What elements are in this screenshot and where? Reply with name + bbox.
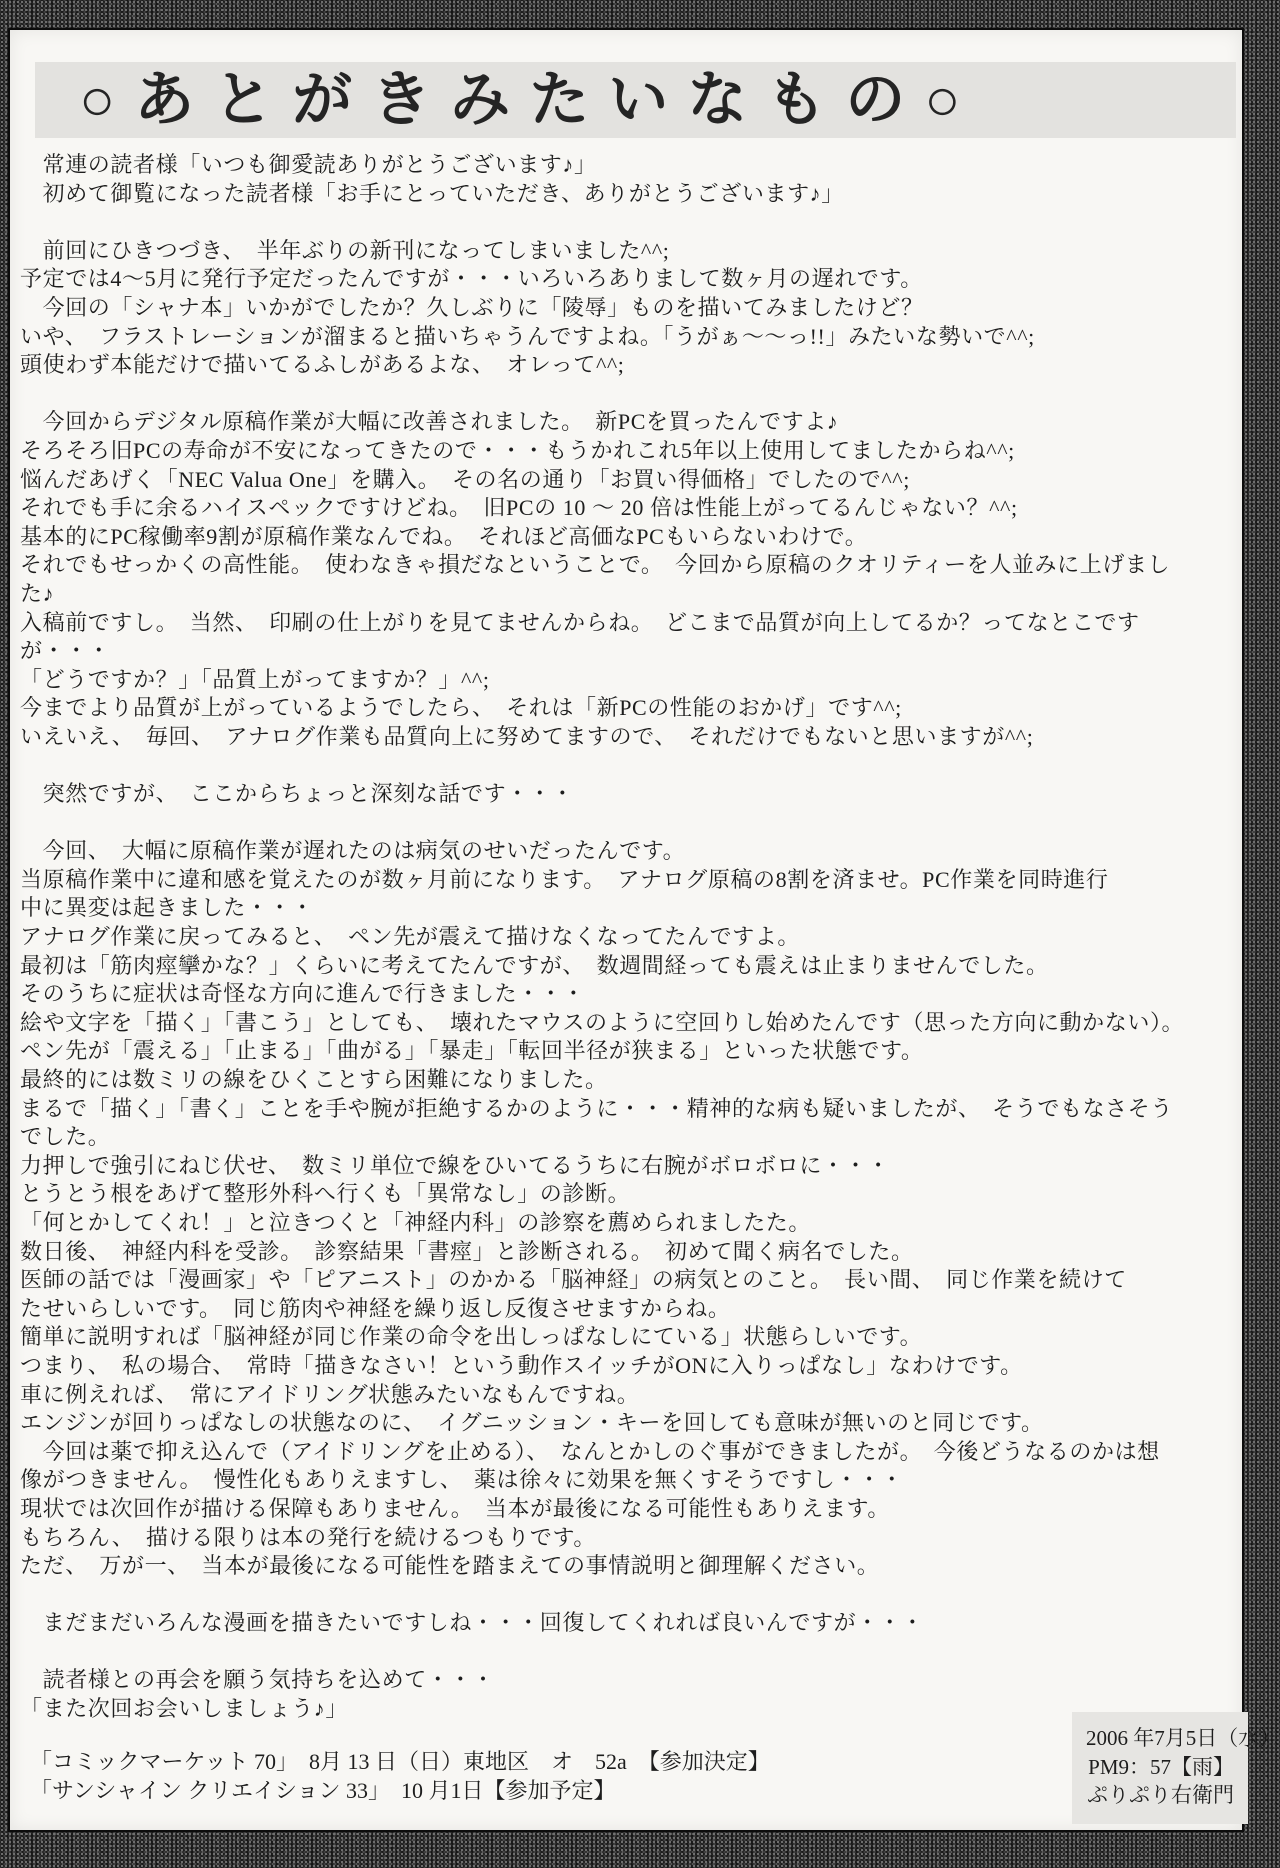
text-line: もちろん、 描ける限りは本の発行を続けるつもりです。 — [20, 1524, 1236, 1553]
text-line: たせいらしいです。 同じ筋肉や神経を繰り返し反復させますからね。 — [20, 1295, 1236, 1324]
text-line: ただ、 万が一、 当本が最後になる可能性を踏まえての事情説明と御理解ください。 — [20, 1552, 1236, 1581]
event-schedule: 「コミックマーケット 70」 8月 13 日（日）東地区 オ 52a 【参加決定… — [30, 1747, 770, 1805]
text-line — [20, 751, 1236, 780]
colophon-box: 2006 年7月5日（水） PM9：57【雨】 ぷりぷり右衛門 — [1072, 1712, 1248, 1824]
page-title: ○あとがきみたいなもの○ — [35, 62, 1236, 138]
event-line: 「サンシャイン クリエイション 33」 10 月1日【参加予定】 — [30, 1776, 770, 1805]
text-line: 今回、 大幅に原稿作業が遅れたのは病気のせいだったんです。 — [20, 837, 1236, 866]
text-line: 「どうですか？」「品質上がってますか？」^^; — [20, 666, 1236, 695]
text-line: 車に例えれば、 常にアイドリング状態みたいなもんですね。 — [20, 1381, 1236, 1410]
text-line: 悩んだあげく「NEC Valua One」を購入。 その名の通り「お買い得価格」… — [20, 466, 1236, 495]
text-line: アナログ作業に戻ってみると、 ペン先が震えて描けなくなってたんですよ。 — [20, 923, 1236, 952]
text-line: でした。 — [20, 1123, 1236, 1152]
text-line: 予定では4～5月に発行予定だったんですが・・・いろいろありまして数ヶ月の遅れです… — [20, 265, 1236, 294]
event-line: 「コミックマーケット 70」 8月 13 日（日）東地区 オ 52a 【参加決定… — [30, 1747, 770, 1776]
text-line: 簡単に説明すれば「脳神経が同じ作業の命令を出しっぱなしにている」状態らしいです。 — [20, 1323, 1236, 1352]
colophon-date: 2006 年7月5日（水） — [1086, 1724, 1234, 1753]
text-line: 像がつきません。 慢性化もありえますし、 薬は徐々に効果を無くすそうですし・・・ — [20, 1466, 1236, 1495]
text-line: 「何とかしてくれ！」と泣きつくと「神経内科」の診察を薦められましたた。 — [20, 1209, 1236, 1238]
text-line: 力押しで強引にねじ伏せ、 数ミリ単位で線をひいてるうちに右腕がボロボロに・・・ — [20, 1152, 1236, 1181]
colophon-author: ぷりぷり右衛門 — [1086, 1781, 1234, 1810]
text-line — [20, 1638, 1236, 1667]
text-line: そろそろ旧PCの寿命が不安になってきたので・・・もうかれこれ5年以上使用してまし… — [20, 437, 1236, 466]
text-line: 「また次回お会いしましょう♪」 — [20, 1695, 1236, 1724]
text-line: 最終的には数ミリの線をひくことすら困難になりました。 — [20, 1066, 1236, 1095]
text-line: た♪ — [20, 580, 1236, 609]
text-line — [20, 380, 1236, 409]
text-line: いや、 フラストレーションが溜まると描いちゃうんですよね。「うがぁ～～っ!!」み… — [20, 323, 1236, 352]
title-banner: ○あとがきみたいなもの○ — [35, 62, 1236, 138]
text-line: 基本的にPC稼働率9割が原稿作業なんでね。 それほど高価なPCもいらないわけで。 — [20, 523, 1236, 552]
text-line: ペン先が「震える」「止まる」「曲がる」「暴走」「転回半径が狭まる」といった状態で… — [20, 1037, 1236, 1066]
text-line: まだまだいろんな漫画を描きたいですしね・・・回復してくれれば良いんですが・・・ — [20, 1609, 1236, 1638]
text-line: 数日後、 神経内科を受診。 診察結果「書痙」と診断される。 初めて聞く病名でした… — [20, 1238, 1236, 1267]
text-line: エンジンが回りっぱなしの状態なのに、 イグニッション・キーを回しても意味が無いの… — [20, 1409, 1236, 1438]
afterword-body: 常連の読者様「いつも御愛読ありがとうございます♪」 初めて御覧になった読者様「お… — [20, 151, 1236, 1724]
text-line: いえいえ、 毎回、 アナログ作業も品質向上に努めてますので、 それだけでもないと… — [20, 723, 1236, 752]
text-line: 中に異変は起きました・・・ — [20, 894, 1236, 923]
text-line: とうとう根をあげて整形外科へ行くも「異常なし」の診断。 — [20, 1180, 1236, 1209]
text-line — [20, 208, 1236, 237]
text-line: 今回からデジタル原稿作業が大幅に改善されました。 新PCを買ったんですよ♪ — [20, 408, 1236, 437]
text-line: 絵や文字を「描く」「書こう」としても、 壊れたマウスのように空回りし始めたんです… — [20, 1009, 1236, 1038]
text-line: 今までより品質が上がっているようでしたら、 それは「新PCの性能のおかげ」です^… — [20, 694, 1236, 723]
text-line: 読者様との再会を願う気持ちを込めて・・・ — [20, 1666, 1236, 1695]
text-line: つまり、 私の場合、 常時「描きなさい！という動作スイッチがONに入りっぱなし」… — [20, 1352, 1236, 1381]
textured-scan-border: ○あとがきみたいなもの○ 常連の読者様「いつも御愛読ありがとうございます♪」 初… — [0, 0, 1280, 1868]
text-line: 前回にひきつづき、 半年ぶりの新刊になってしまいました^^; — [20, 237, 1236, 266]
text-line: 初めて御覧になった読者様「お手にとっていただき、ありがとうございます♪」 — [20, 180, 1236, 209]
scanned-page: ○あとがきみたいなもの○ 常連の読者様「いつも御愛読ありがとうございます♪」 初… — [8, 28, 1244, 1832]
text-line — [20, 809, 1236, 838]
colophon-time: PM9：57【雨】 — [1086, 1753, 1234, 1782]
text-line: 今回の「シャナ本」いかがでしたか？久しぶりに「陵辱」ものを描いてみましたけど？ — [20, 294, 1236, 323]
text-line: そのうちに症状は奇怪な方向に進んで行きました・・・ — [20, 980, 1236, 1009]
text-line: 現状では次回作が描ける保障もありません。 当本が最後になる可能性もありえます。 — [20, 1495, 1236, 1524]
text-line: 突然ですが、 ここからちょっと深刻な話です・・・ — [20, 780, 1236, 809]
text-line: が・・・ — [20, 637, 1236, 666]
text-line: 最初は「筋肉痙攣かな？」くらいに考えてたんですが、 数週間経っても震えは止まりま… — [20, 952, 1236, 981]
text-line: 当原稿作業中に違和感を覚えたのが数ヶ月前になります。 アナログ原稿の8割を済ませ… — [20, 866, 1236, 895]
text-line: それでも手に余るハイスペックですけどね。 旧PCの 10 ～ 20 倍は性能上が… — [20, 494, 1236, 523]
text-line: 医師の話では「漫画家」や「ピアニスト」のかかる「脳神経」の病気とのこと。 長い間… — [20, 1266, 1236, 1295]
text-line: 常連の読者様「いつも御愛読ありがとうございます♪」 — [20, 151, 1236, 180]
text-line: まるで「描く」「書く」ことを手や腕が拒絶するかのように・・・精神的な病も疑いまし… — [20, 1095, 1236, 1124]
text-line: 入稿前ですし。 当然、 印刷の仕上がりを見てませんからね。 どこまで品質が向上し… — [20, 609, 1236, 638]
text-line: 今回は薬で抑え込んで（アイドリングを止める）、 なんとかしのぐ事ができましたが。… — [20, 1438, 1236, 1467]
text-line: 頭使わず本能だけで描いてるふしがあるよな、 オレって^^; — [20, 351, 1236, 380]
text-line: それでもせっかくの高性能。 使わなきゃ損だなということで。 今回から原稿のクオリ… — [20, 551, 1236, 580]
text-line — [20, 1581, 1236, 1610]
